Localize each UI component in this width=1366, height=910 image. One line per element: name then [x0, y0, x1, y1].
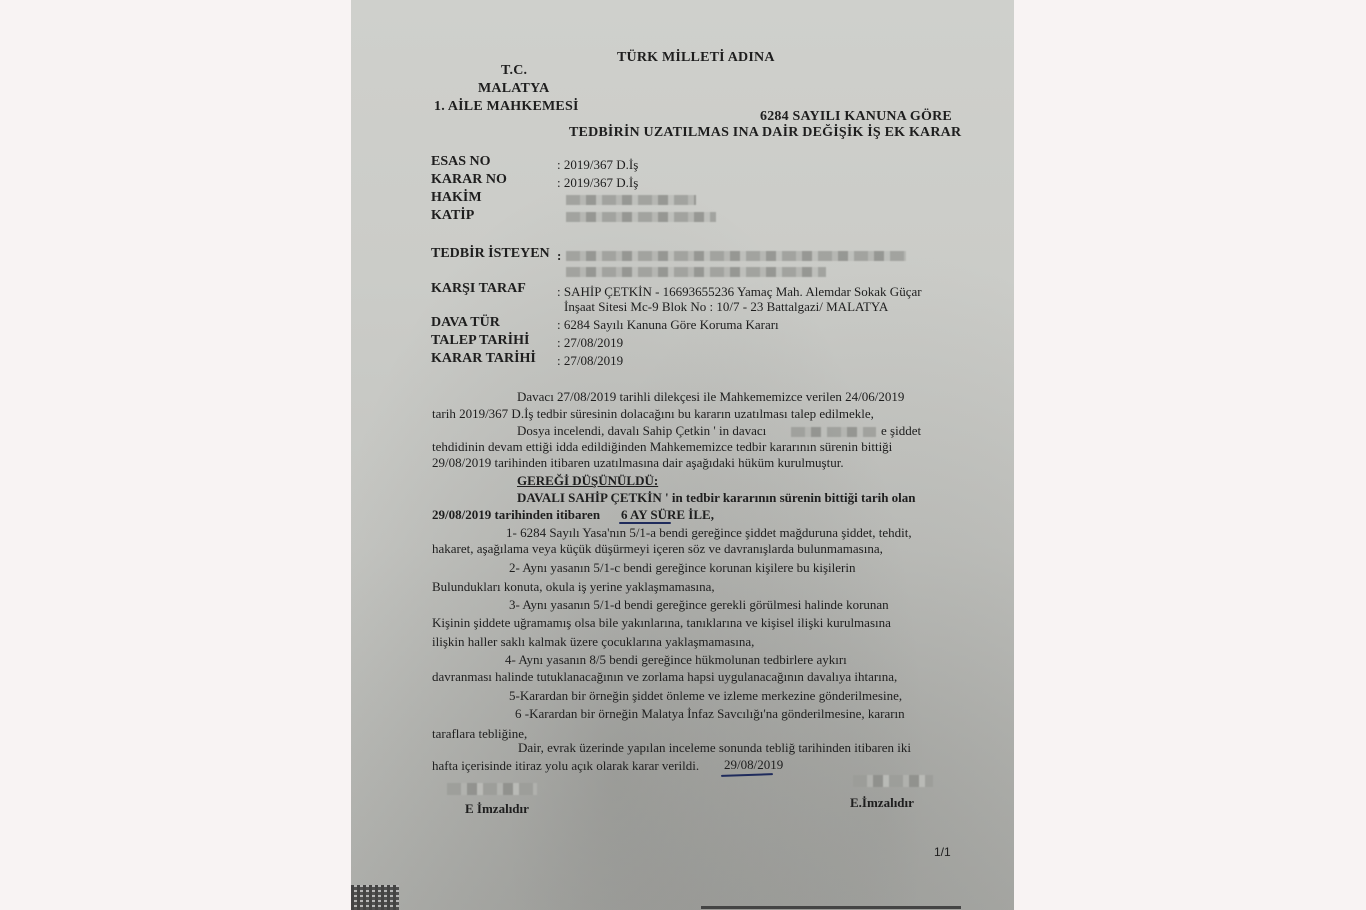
closing-date: 29/08/2019	[724, 757, 783, 773]
field-label-dava-tur: DAVA TÜR	[431, 315, 500, 331]
field-label-karar-no: KARAR NO	[431, 172, 507, 188]
redacted-plaintiff-name	[791, 427, 876, 437]
item-1-line-2: hakaret, aşağılama veya küçük düşürmeyi …	[432, 541, 883, 557]
document-page: TÜRK MİLLETİ ADINA T.C. MALATYA 1. AİLE …	[351, 0, 1014, 910]
decision-heading: GEREĞİ DÜŞÜNÜLDÜ:	[517, 473, 658, 489]
page-number: 1/1	[934, 845, 951, 859]
field-value-karsi-taraf-address: İnşaat Sitesi Mc-9 Blok No : 10/7 - 23 B…	[564, 299, 888, 315]
item-2-line-1: 2- Aynı yasanın 5/1-c bendi gereğince ko…	[509, 560, 855, 576]
nation-heading: TÜRK MİLLETİ ADINA	[617, 50, 775, 66]
field-label-tedbir-isteyen: TEDBİR İSTEYEN	[431, 246, 550, 262]
decision-bold-line-1: DAVALI SAHİP ÇETKİN ' in tedbir kararını…	[517, 490, 916, 506]
paragraph-2-line-1a: Dosya incelendi, davalı Sahip Çetkin ' i…	[517, 423, 766, 439]
qr-code-icon	[351, 885, 399, 910]
city-heading: MALATYA	[478, 81, 549, 97]
field-value-karar-tarihi: : 27/08/2019	[557, 353, 623, 369]
field-label-hakim: HAKİM	[431, 190, 482, 206]
title-line-2: TEDBİRİN UZATILMAS INA DAİR DEĞİŞİK İŞ E…	[569, 125, 961, 141]
bottom-edge-shadow	[701, 906, 961, 909]
item-4-line-1: 4- Aynı yasanın 8/5 bendi gereğince hükm…	[505, 652, 847, 668]
item-3-line-1: 3- Aynı yasanın 5/1-d bendi gereğince ge…	[509, 597, 889, 613]
paragraph-2-line-3: 29/08/2019 tarihinden itibaren uzatılmas…	[432, 455, 844, 471]
redacted-hakim	[566, 195, 696, 205]
decision-duration: 6 AY SÜRE İLE,	[621, 507, 714, 523]
redacted-left-signer	[447, 783, 537, 795]
tc-heading: T.C.	[501, 63, 527, 79]
redacted-tedbir-isteyen-line2	[566, 267, 826, 277]
item-4-line-2: davranması halinde tutuklanacağının ve z…	[432, 669, 897, 685]
paragraph-1-line-1: Davacı 27/08/2019 tarihli dilekçesi ile …	[517, 389, 904, 405]
field-label-karsi-taraf: KARŞI TARAF	[431, 281, 526, 297]
title-line-1: 6284 SAYILI KANUNA GÖRE	[760, 109, 952, 125]
field-label-esas-no: ESAS NO	[431, 154, 491, 170]
signature-right: E.İmzalıdır	[850, 795, 914, 811]
item-3-line-3: ilişkin haller saklı kalmak üzere çocukl…	[432, 634, 754, 650]
ink-underline-date	[721, 773, 773, 777]
signature-left: E İmzalıdır	[465, 801, 529, 817]
paragraph-1-line-2: tarih 2019/367 D.İş tedbir süresinin dol…	[432, 406, 874, 422]
item-6-line-1: 6 -Karardan bir örneğin Malatya İnfaz Sa…	[515, 706, 905, 722]
field-value-karsi-taraf: : SAHİP ÇETKİN - 16693655236 Yamaç Mah. …	[557, 284, 922, 300]
closing-line-1: Dair, evrak üzerinde yapılan inceleme so…	[518, 740, 911, 756]
field-value-esas-no: : 2019/367 D.İş	[557, 157, 638, 173]
item-5-line-1: 5-Karardan bir örneğin şiddet önleme ve …	[509, 688, 902, 704]
decision-bold-line-2a: 29/08/2019 tarihinden itibaren	[432, 507, 600, 523]
field-value-dava-tur: : 6284 Sayılı Kanuna Göre Koruma Kararı	[557, 317, 779, 333]
item-6-line-2: taraflara tebliğine,	[432, 726, 527, 742]
field-value-karar-no: : 2019/367 D.İş	[557, 175, 638, 191]
field-label-karar-tarihi: KARAR TARİHİ	[431, 351, 536, 367]
paragraph-2-line-2: tehdidinin devam ettiği idda edildiğinde…	[432, 439, 892, 455]
field-colon-tedbir-isteyen: :	[557, 248, 561, 264]
redacted-right-signer	[853, 775, 933, 787]
court-heading: 1. AİLE MAHKEMESİ	[434, 99, 579, 115]
field-value-talep-tarihi: : 27/08/2019	[557, 335, 623, 351]
field-label-katip: KATİP	[431, 208, 474, 224]
item-2-line-2: Bulundukları konuta, okula iş yerine yak…	[432, 579, 715, 595]
item-1-line-1: 1- 6284 Sayılı Yasa'nın 5/1-a bendi gere…	[506, 525, 912, 541]
redacted-tedbir-isteyen-line1	[566, 251, 906, 261]
ink-underline-duration	[619, 522, 671, 524]
field-label-talep-tarihi: TALEP TARİHİ	[431, 333, 529, 349]
closing-line-2: hafta içerisinde itiraz yolu açık olarak…	[432, 758, 699, 774]
item-3-line-2: Kişinin şiddete uğramamış olsa bile yakı…	[432, 615, 891, 631]
redacted-katip	[566, 212, 716, 222]
paragraph-2-line-1b: e şiddet	[881, 423, 921, 439]
